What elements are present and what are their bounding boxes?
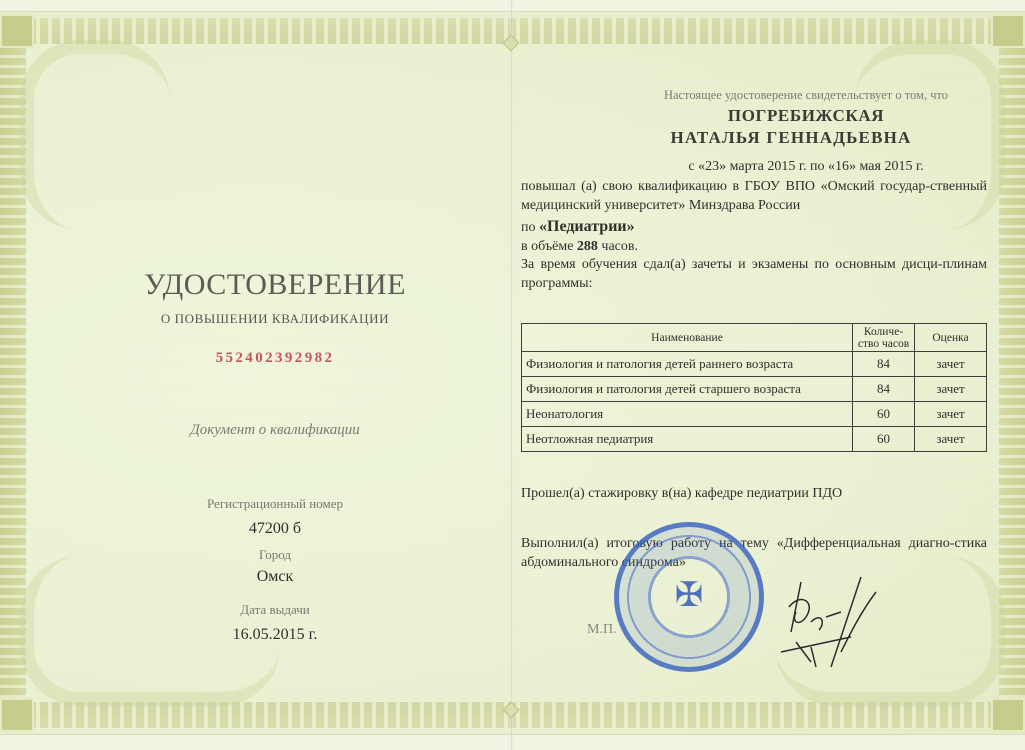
header-hours: Количе-ство часов <box>853 324 915 352</box>
page-fold <box>510 0 513 750</box>
issue-date-label: Дата выдачи <box>40 602 510 618</box>
serial-number: 552402392982 <box>40 350 510 367</box>
exams-text: За время обучения сдал(а) зачеты и экзам… <box>521 255 987 293</box>
document-title: УДОСТОВЕРЕНИЕ <box>40 268 510 302</box>
discipline-grade: зачет <box>915 402 987 427</box>
discipline-grade: зачет <box>915 352 987 377</box>
discipline-name: Физиология и патология детей старшего во… <box>522 377 853 402</box>
table-row: Неотложная педиатрия 60 зачет <box>522 427 987 452</box>
ornament-corner-icon <box>991 14 1025 48</box>
header-grade: Оценка <box>915 324 987 352</box>
institution-text: повышал (а) свою квалификацию в ГБОУ ВПО… <box>521 177 987 215</box>
discipline-name: Неонатология <box>522 402 853 427</box>
registration-label: Регистрационный номер <box>40 496 510 512</box>
table-header-row: Наименование Количе-ство часов Оценка <box>522 324 987 352</box>
specialty-line: по «Педиатрии» <box>521 217 987 237</box>
intro-text: Настоящее удостоверение свидетельствует … <box>521 88 991 103</box>
table-row: Физиология и патология детей раннего воз… <box>522 352 987 377</box>
volume-prefix: в объёме <box>521 239 577 254</box>
issue-date-value: 16.05.2015 г. <box>40 626 510 644</box>
signature-icon <box>771 572 881 672</box>
disciplines-table: Наименование Количе-ство часов Оценка Фи… <box>521 323 987 452</box>
registration-number: 47200 б <box>40 520 510 538</box>
internship-text: Прошел(а) стажировку в(на) кафедре педиа… <box>521 484 987 503</box>
discipline-grade: зачет <box>915 377 987 402</box>
discipline-name: Физиология и патология детей раннего воз… <box>522 352 853 377</box>
volume-hours: 288 <box>577 239 598 254</box>
volume-line: в объёме 288 часов. <box>521 237 987 256</box>
specialty-prefix: по <box>521 220 539 235</box>
eagle-emblem-icon: ✠ <box>675 575 704 615</box>
ornament-corner-icon <box>0 14 34 48</box>
discipline-grade: зачет <box>915 427 987 452</box>
discipline-hours: 84 <box>853 352 915 377</box>
discipline-name: Неотложная педиатрия <box>522 427 853 452</box>
ornament-corner-icon <box>0 698 34 732</box>
holder-surname: ПОГРЕБИЖСКАЯ <box>521 106 991 126</box>
table-row: Физиология и патология детей старшего во… <box>522 377 987 402</box>
right-page: Настоящее удостоверение свидетельствует … <box>521 0 991 750</box>
document-subtitle: О ПОВЫШЕНИИ КВАЛИФИКАЦИИ <box>40 311 510 327</box>
table-row: Неонатология 60 зачет <box>522 402 987 427</box>
left-page: УДОСТОВЕРЕНИЕ О ПОВЫШЕНИИ КВАЛИФИКАЦИИ 5… <box>40 0 510 750</box>
document-type: Документ о квалификации <box>40 422 510 439</box>
official-stamp-icon: ✠ <box>614 522 764 672</box>
certificate-paper: УДОСТОВЕРЕНИЕ О ПОВЫШЕНИИ КВАЛИФИКАЦИИ 5… <box>0 0 1025 750</box>
discipline-hours: 60 <box>853 427 915 452</box>
ornament-border-left <box>0 18 26 728</box>
header-name: Наименование <box>522 324 853 352</box>
ornament-corner-icon <box>991 698 1025 732</box>
ornament-border-right <box>999 18 1025 728</box>
volume-suffix: часов. <box>598 239 638 254</box>
city-label: Город <box>40 547 510 563</box>
training-period: с «23» марта 2015 г. по «16» мая 2015 г. <box>521 159 991 175</box>
discipline-hours: 84 <box>853 377 915 402</box>
holder-given-names: НАТАЛЬЯ ГЕННАДЬЕВНА <box>521 128 991 148</box>
specialty-name: «Педиатрии» <box>539 218 635 235</box>
city-value: Омск <box>40 568 510 586</box>
seal-label: М.П. <box>587 622 617 638</box>
discipline-hours: 60 <box>853 402 915 427</box>
